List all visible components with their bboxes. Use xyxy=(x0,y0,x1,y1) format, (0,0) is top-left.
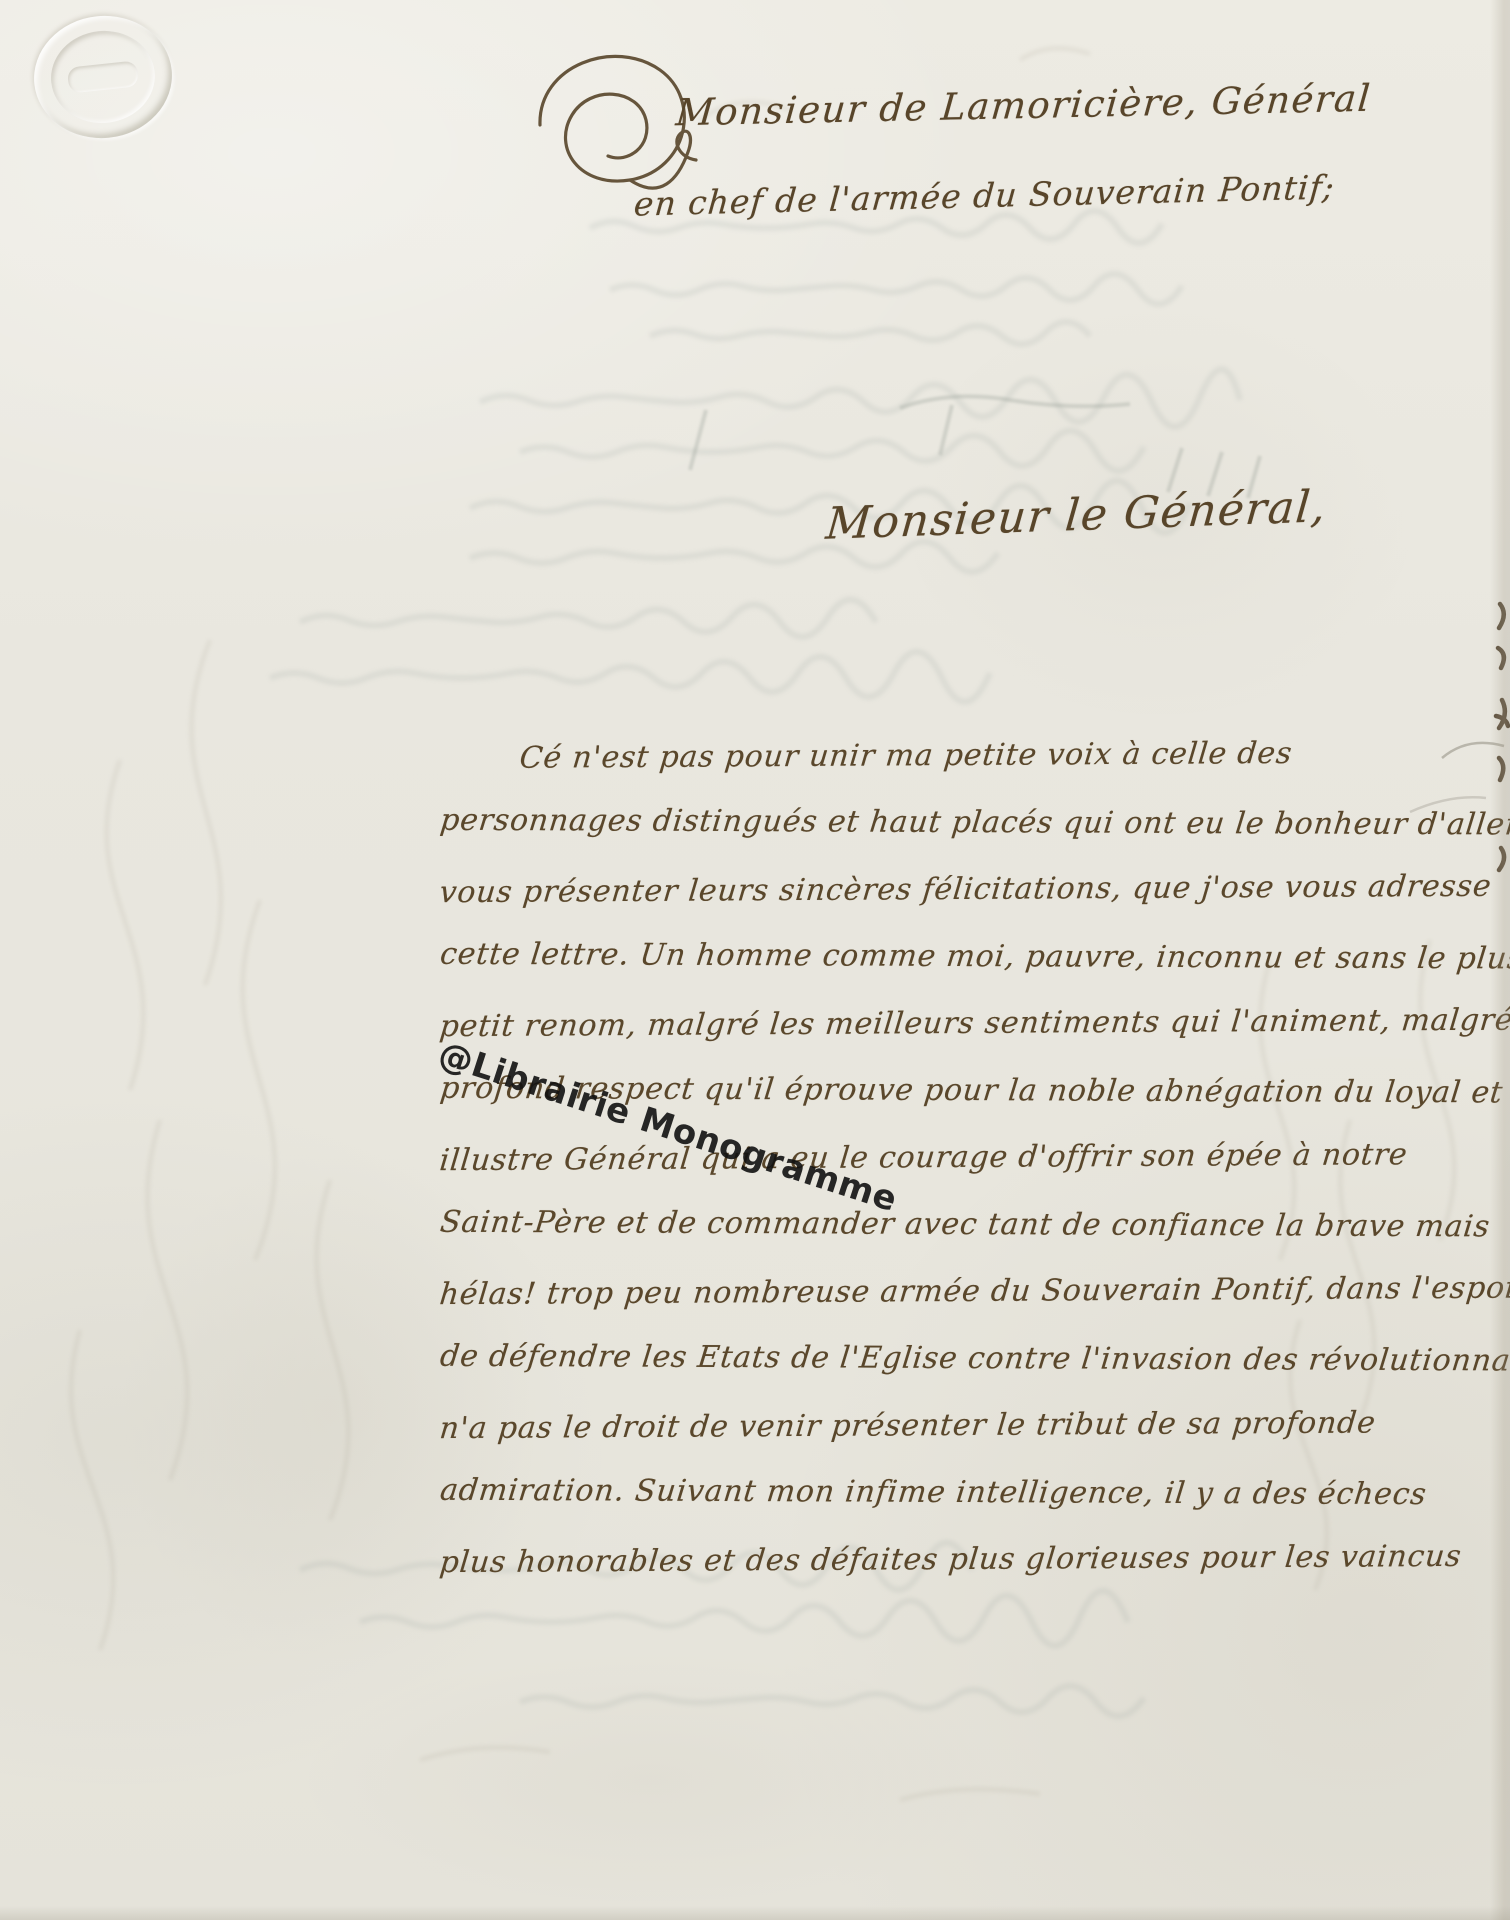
body-line: hélas! trop peu nombreuse armée du Souve… xyxy=(436,1255,1483,1328)
body-line: Saint-Père et de commander avec tant de … xyxy=(437,1189,1484,1261)
body-line: petit renom, malgré les meilleurs sentim… xyxy=(436,987,1483,1060)
page-edge-shadow xyxy=(1490,0,1510,1920)
body-line: plus honorables et des défaites plus glo… xyxy=(436,1523,1483,1596)
letter-scan-page: Monsieur de Lamoricière, Général en chef… xyxy=(0,0,1510,1920)
body-line: illustre Général qui a eu le courage d'o… xyxy=(436,1121,1483,1194)
letter-body: Cé n'est pas pour unir ma petite voix à … xyxy=(440,722,1480,1593)
body-line: n'a pas le droit de venir présenter le t… xyxy=(436,1389,1483,1462)
body-line: admiration. Suivant mon infime intellige… xyxy=(437,1457,1484,1529)
body-line: Cé n'est pas pour unir ma petite voix à … xyxy=(436,719,1483,792)
body-line: vous présenter leurs sincères félicitati… xyxy=(436,853,1483,926)
page-edge-shadow xyxy=(0,1906,1510,1920)
body-line: cette lettre. Un homme comme moi, pauvre… xyxy=(437,921,1484,993)
body-line: de défendre les Etats de l'Eglise contre… xyxy=(437,1323,1484,1395)
body-line: personnages distingués et haut placés qu… xyxy=(437,787,1484,859)
